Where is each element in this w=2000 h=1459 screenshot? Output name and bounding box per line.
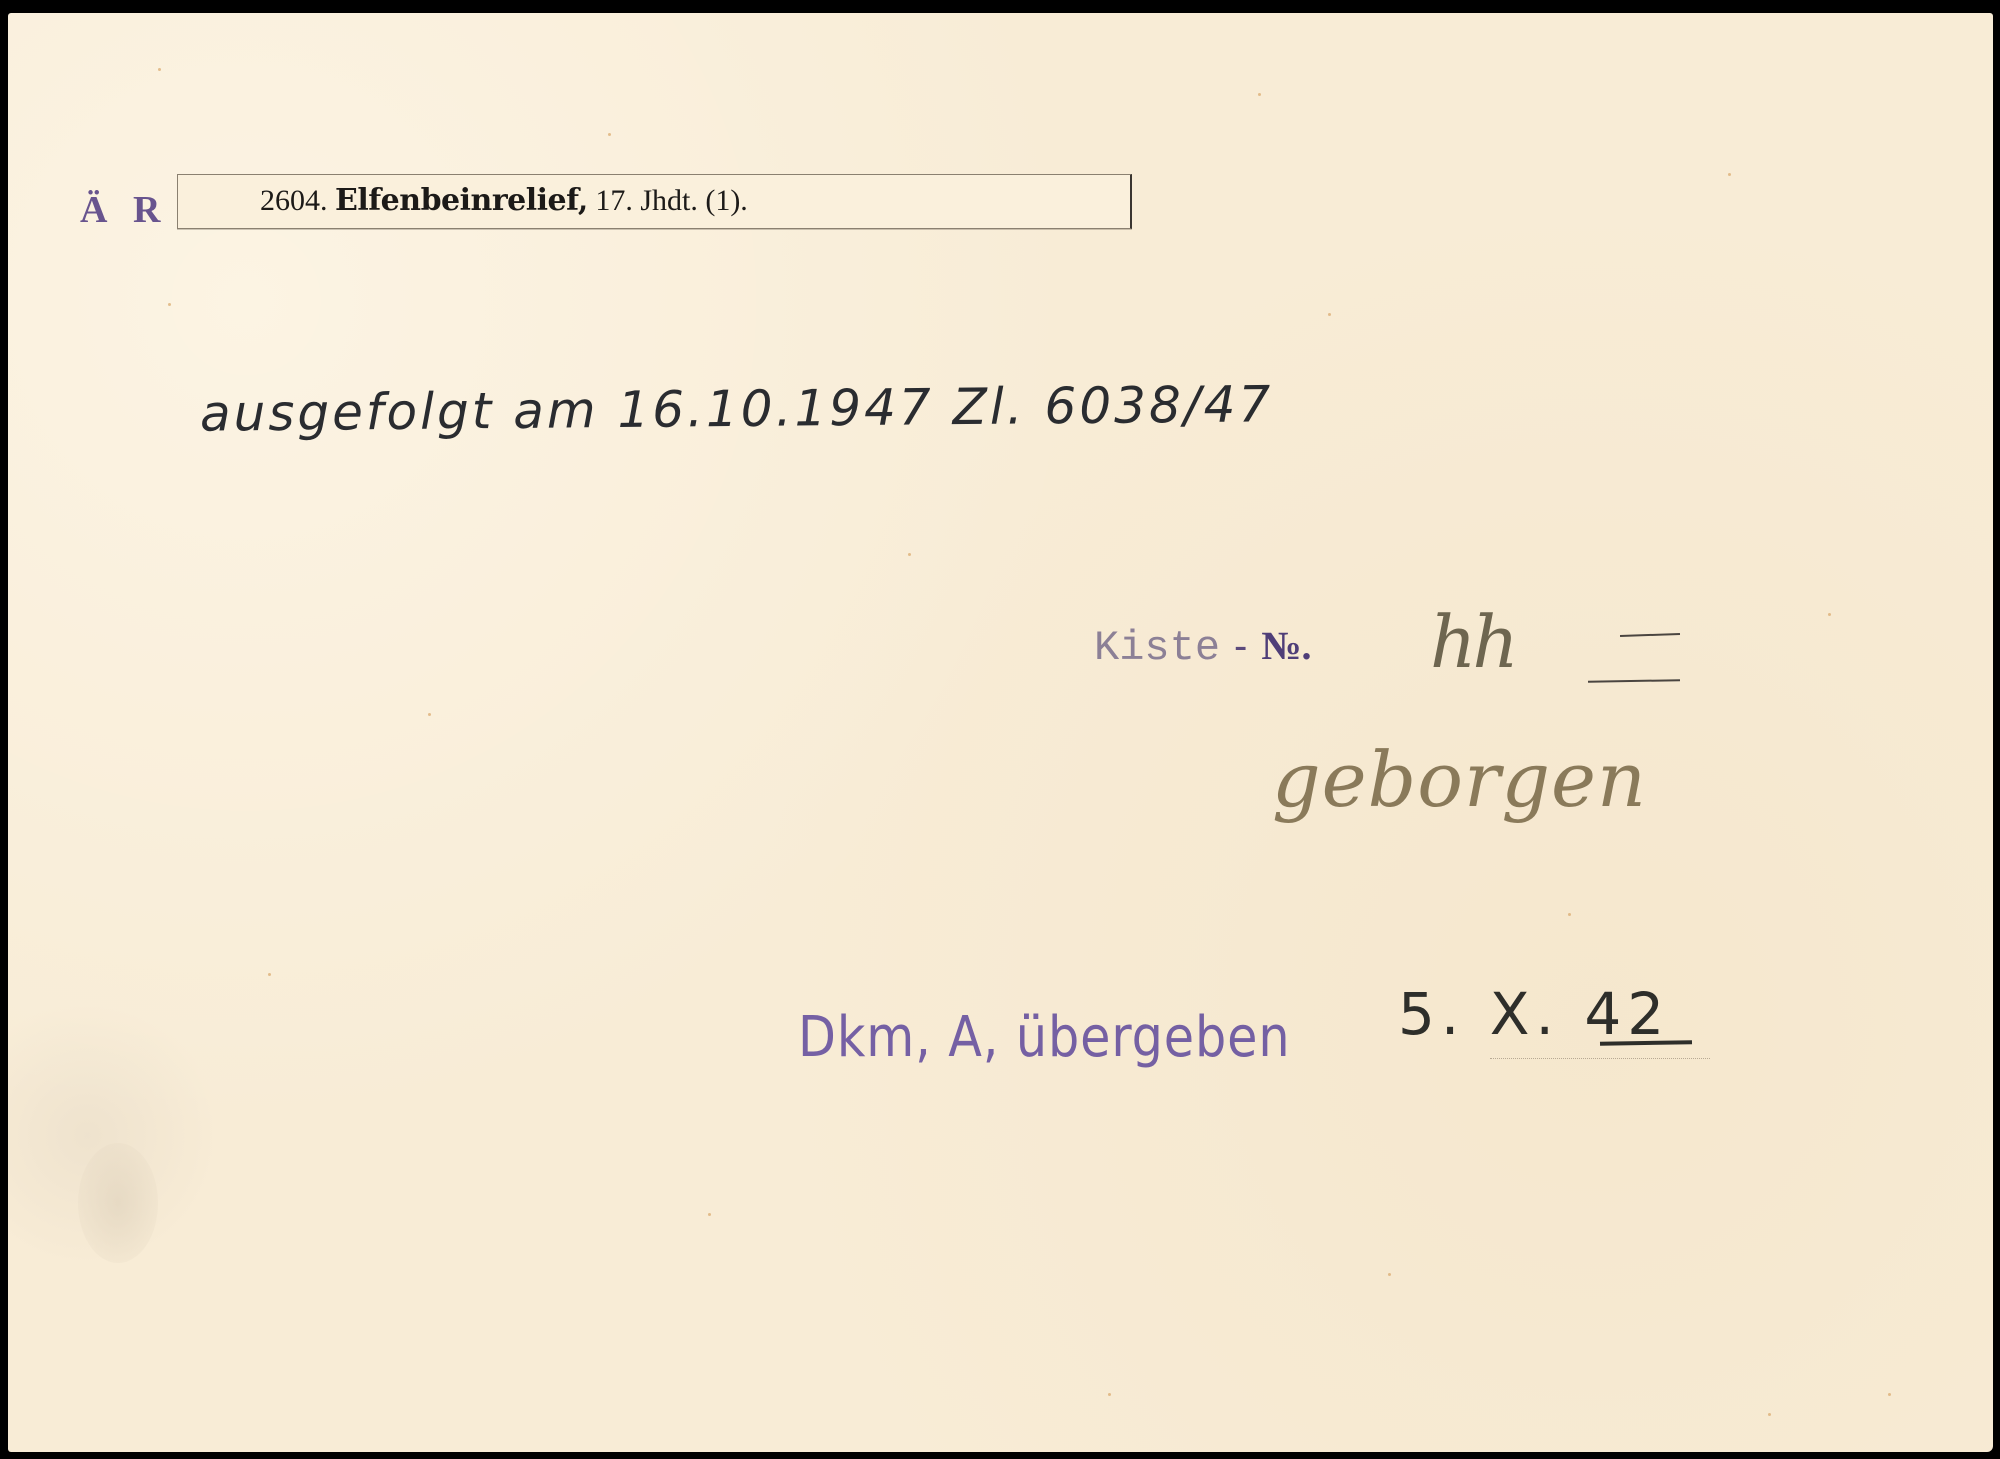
crate-number-stamp: Kiste - №. [1094,622,1312,672]
paper-speck [158,68,161,71]
paper-speck [608,133,611,136]
paper-speck [1768,1413,1771,1416]
catalog-number: 2604. [260,184,328,217]
paper-speck [1258,93,1261,96]
catalog-label-text: 2604. Elfenbeinrelief, 17. Jhdt. (1). [260,183,748,218]
crate-number-handwritten: hh [1430,600,1515,684]
paper-stain [78,1143,158,1263]
catalog-label-strip: 2604. Elfenbeinrelief, 17. Jhdt. (1). [177,174,1132,229]
paper-speck [1728,173,1731,176]
transfer-date-handwritten: 5. X. 42 [1398,980,1670,1048]
object-title: Elfenbeinrelief, [335,183,588,218]
paper-speck [1568,913,1571,916]
paper-speck [168,303,171,306]
paper-speck [1828,613,1831,616]
number-sign: №. [1261,623,1311,668]
crate-label: Kiste [1094,624,1220,672]
paper-speck [1328,313,1331,316]
object-count: (1). [705,184,747,217]
paper-speck [428,713,431,716]
ar-stamp: Ä R [80,188,168,232]
handwritten-recovered-note: geborgen [1272,735,1647,824]
transfer-stamp: Dkm, A, übergeben [798,1005,1290,1070]
handwritten-release-note: ausgefolgt am 16.10.1947 Zl. 6038/47 [200,375,1274,442]
paper-speck [1888,1393,1891,1396]
paper-speck [268,973,271,976]
paper-speck [1108,1393,1111,1396]
crate-dash: - [1234,624,1247,668]
paper-speck [908,553,911,556]
paper-speck [1388,1273,1391,1276]
object-century: 17. Jhdt. [595,184,698,217]
paper-speck [708,1213,711,1216]
date-dotted-line [1490,1058,1710,1059]
